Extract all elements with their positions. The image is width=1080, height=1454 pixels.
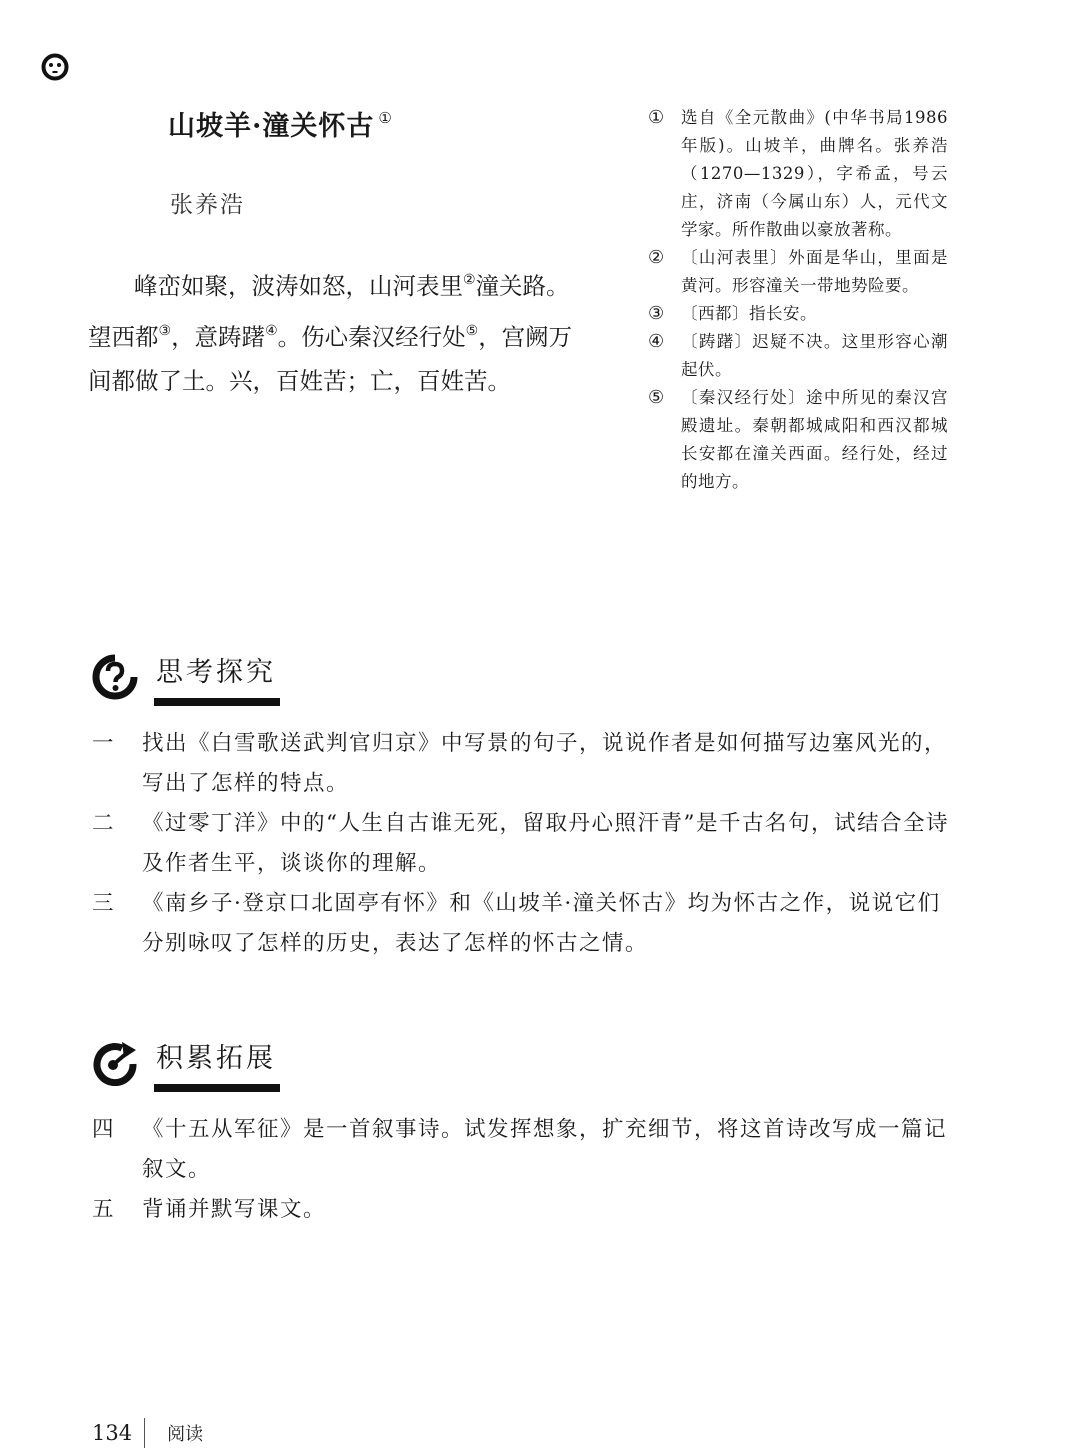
question-item: 三《南乡子·登京口北固亭有怀》和《山坡羊·潼关怀古》均为怀古之作，说说它们分别咏… xyxy=(92,884,952,964)
page-footer: 134 阅读 xyxy=(92,1418,203,1448)
footnote-number: ④ xyxy=(648,328,681,384)
section-title: 积累拓展 xyxy=(156,1036,276,1075)
question-text: 《南乡子·登京口北固亭有怀》和《山坡羊·潼关怀古》均为怀古之作，说说它们分别咏叹… xyxy=(142,884,952,964)
question-number: 四 xyxy=(92,1110,142,1190)
section-title: 思考探究 xyxy=(156,650,276,689)
smiley-face-icon xyxy=(40,52,70,82)
question-list-thinking: 一找出《白雪歌送武判官归京》中写景的句子，说说作者是如何描写边塞风光的，写出了怎… xyxy=(92,724,952,964)
circular-arrow-icon xyxy=(92,1040,138,1086)
footnote-mark: ④ xyxy=(265,323,278,339)
section-header-thinking: 思考探究 xyxy=(92,650,292,710)
footnote-text: 选自《全元散曲》(中华书局1986年版)。山坡羊，曲牌名。张养浩（1270—13… xyxy=(681,104,948,244)
poem-author: 张养浩 xyxy=(170,186,245,219)
poem-text: ，意踌躇 xyxy=(171,323,265,351)
footnotes: ①选自《全元散曲》(中华书局1986年版)。山坡羊，曲牌名。张养浩（1270—1… xyxy=(648,104,948,496)
footnote: ①选自《全元散曲》(中华书局1986年版)。山坡羊，曲牌名。张养浩（1270—1… xyxy=(648,104,948,244)
question-item: 二《过零丁洋》中的“人生自古谁无死，留取丹心照汗青”是千古名句，试结合全诗及作者… xyxy=(92,804,952,884)
footnote-number: ① xyxy=(648,104,681,244)
footnote-mark: ② xyxy=(463,272,476,288)
footnote-text: 〔踌躇〕迟疑不决。这里形容心潮起伏。 xyxy=(681,328,948,384)
page-number: 134 xyxy=(92,1421,132,1445)
question-text: 背诵并默写课文。 xyxy=(142,1190,952,1230)
footnote-text: 〔山河表里〕外面是华山，里面是黄河。形容潼关一带地势险要。 xyxy=(681,244,948,300)
footnote-mark: ⑤ xyxy=(466,323,479,339)
poem-body: 峰峦如聚，波涛如怒，山河表里②潼关路。望西都③，意踌躇④。伤心秦汉经行处⑤，宫阙… xyxy=(88,258,578,404)
question-item: 五背诵并默写课文。 xyxy=(92,1190,952,1230)
question-text: 《过零丁洋》中的“人生自古谁无死，留取丹心照汗青”是千古名句，试结合全诗及作者生… xyxy=(142,804,952,884)
poem-title-text: 山坡羊·潼关怀古 xyxy=(168,111,374,142)
footnote-number: ⑤ xyxy=(648,384,681,496)
footnote-mark: ③ xyxy=(159,323,172,339)
footnote-mark: ① xyxy=(378,109,392,127)
question-number: 一 xyxy=(92,724,142,804)
section-underline xyxy=(154,698,280,706)
footer-divider xyxy=(144,1418,145,1448)
footnote: ③〔西都〕指长安。 xyxy=(648,300,948,328)
footnote-number: ② xyxy=(648,244,681,300)
poem-text: 。伤心秦汉经行处 xyxy=(278,323,466,351)
footnote: ⑤〔秦汉经行处〕途中所见的秦汉宫殿遗址。秦朝都城咸阳和西汉都城长安都在潼关西面。… xyxy=(648,384,948,496)
footnote-text: 〔西都〕指长安。 xyxy=(681,300,948,328)
section-header-extension: 积累拓展 xyxy=(92,1036,292,1096)
section-underline xyxy=(154,1084,280,1092)
footnote-number: ③ xyxy=(648,300,681,328)
footnote: ④〔踌躇〕迟疑不决。这里形容心潮起伏。 xyxy=(648,328,948,384)
question-number: 五 xyxy=(92,1190,142,1230)
question-number: 三 xyxy=(92,884,142,964)
question-item: 四《十五从军征》是一首叙事诗。试发挥想象，扩充细节，将这首诗改写成一篇记叙文。 xyxy=(92,1110,952,1190)
question-text: 《十五从军征》是一首叙事诗。试发挥想象，扩充细节，将这首诗改写成一篇记叙文。 xyxy=(142,1110,952,1190)
footnote: ②〔山河表里〕外面是华山，里面是黄河。形容潼关一带地势险要。 xyxy=(648,244,948,300)
question-item: 一找出《白雪歌送武判官归京》中写景的句子，说说作者是如何描写边塞风光的，写出了怎… xyxy=(92,724,952,804)
question-text: 找出《白雪歌送武判官归京》中写景的句子，说说作者是如何描写边塞风光的，写出了怎样… xyxy=(142,724,952,804)
footnote-text: 〔秦汉经行处〕途中所见的秦汉宫殿遗址。秦朝都城咸阳和西汉都城长安都在潼关西面。经… xyxy=(681,384,948,496)
poem-text: 峰峦如聚，波涛如怒，山河表里 xyxy=(134,272,463,300)
question-list-extension: 四《十五从军征》是一首叙事诗。试发挥想象，扩充细节，将这首诗改写成一篇记叙文。 … xyxy=(92,1110,952,1230)
question-circle-icon xyxy=(92,654,138,700)
poem-title: 山坡羊·潼关怀古① xyxy=(168,104,393,143)
question-number: 二 xyxy=(92,804,142,884)
section-label: 阅读 xyxy=(167,1420,203,1446)
